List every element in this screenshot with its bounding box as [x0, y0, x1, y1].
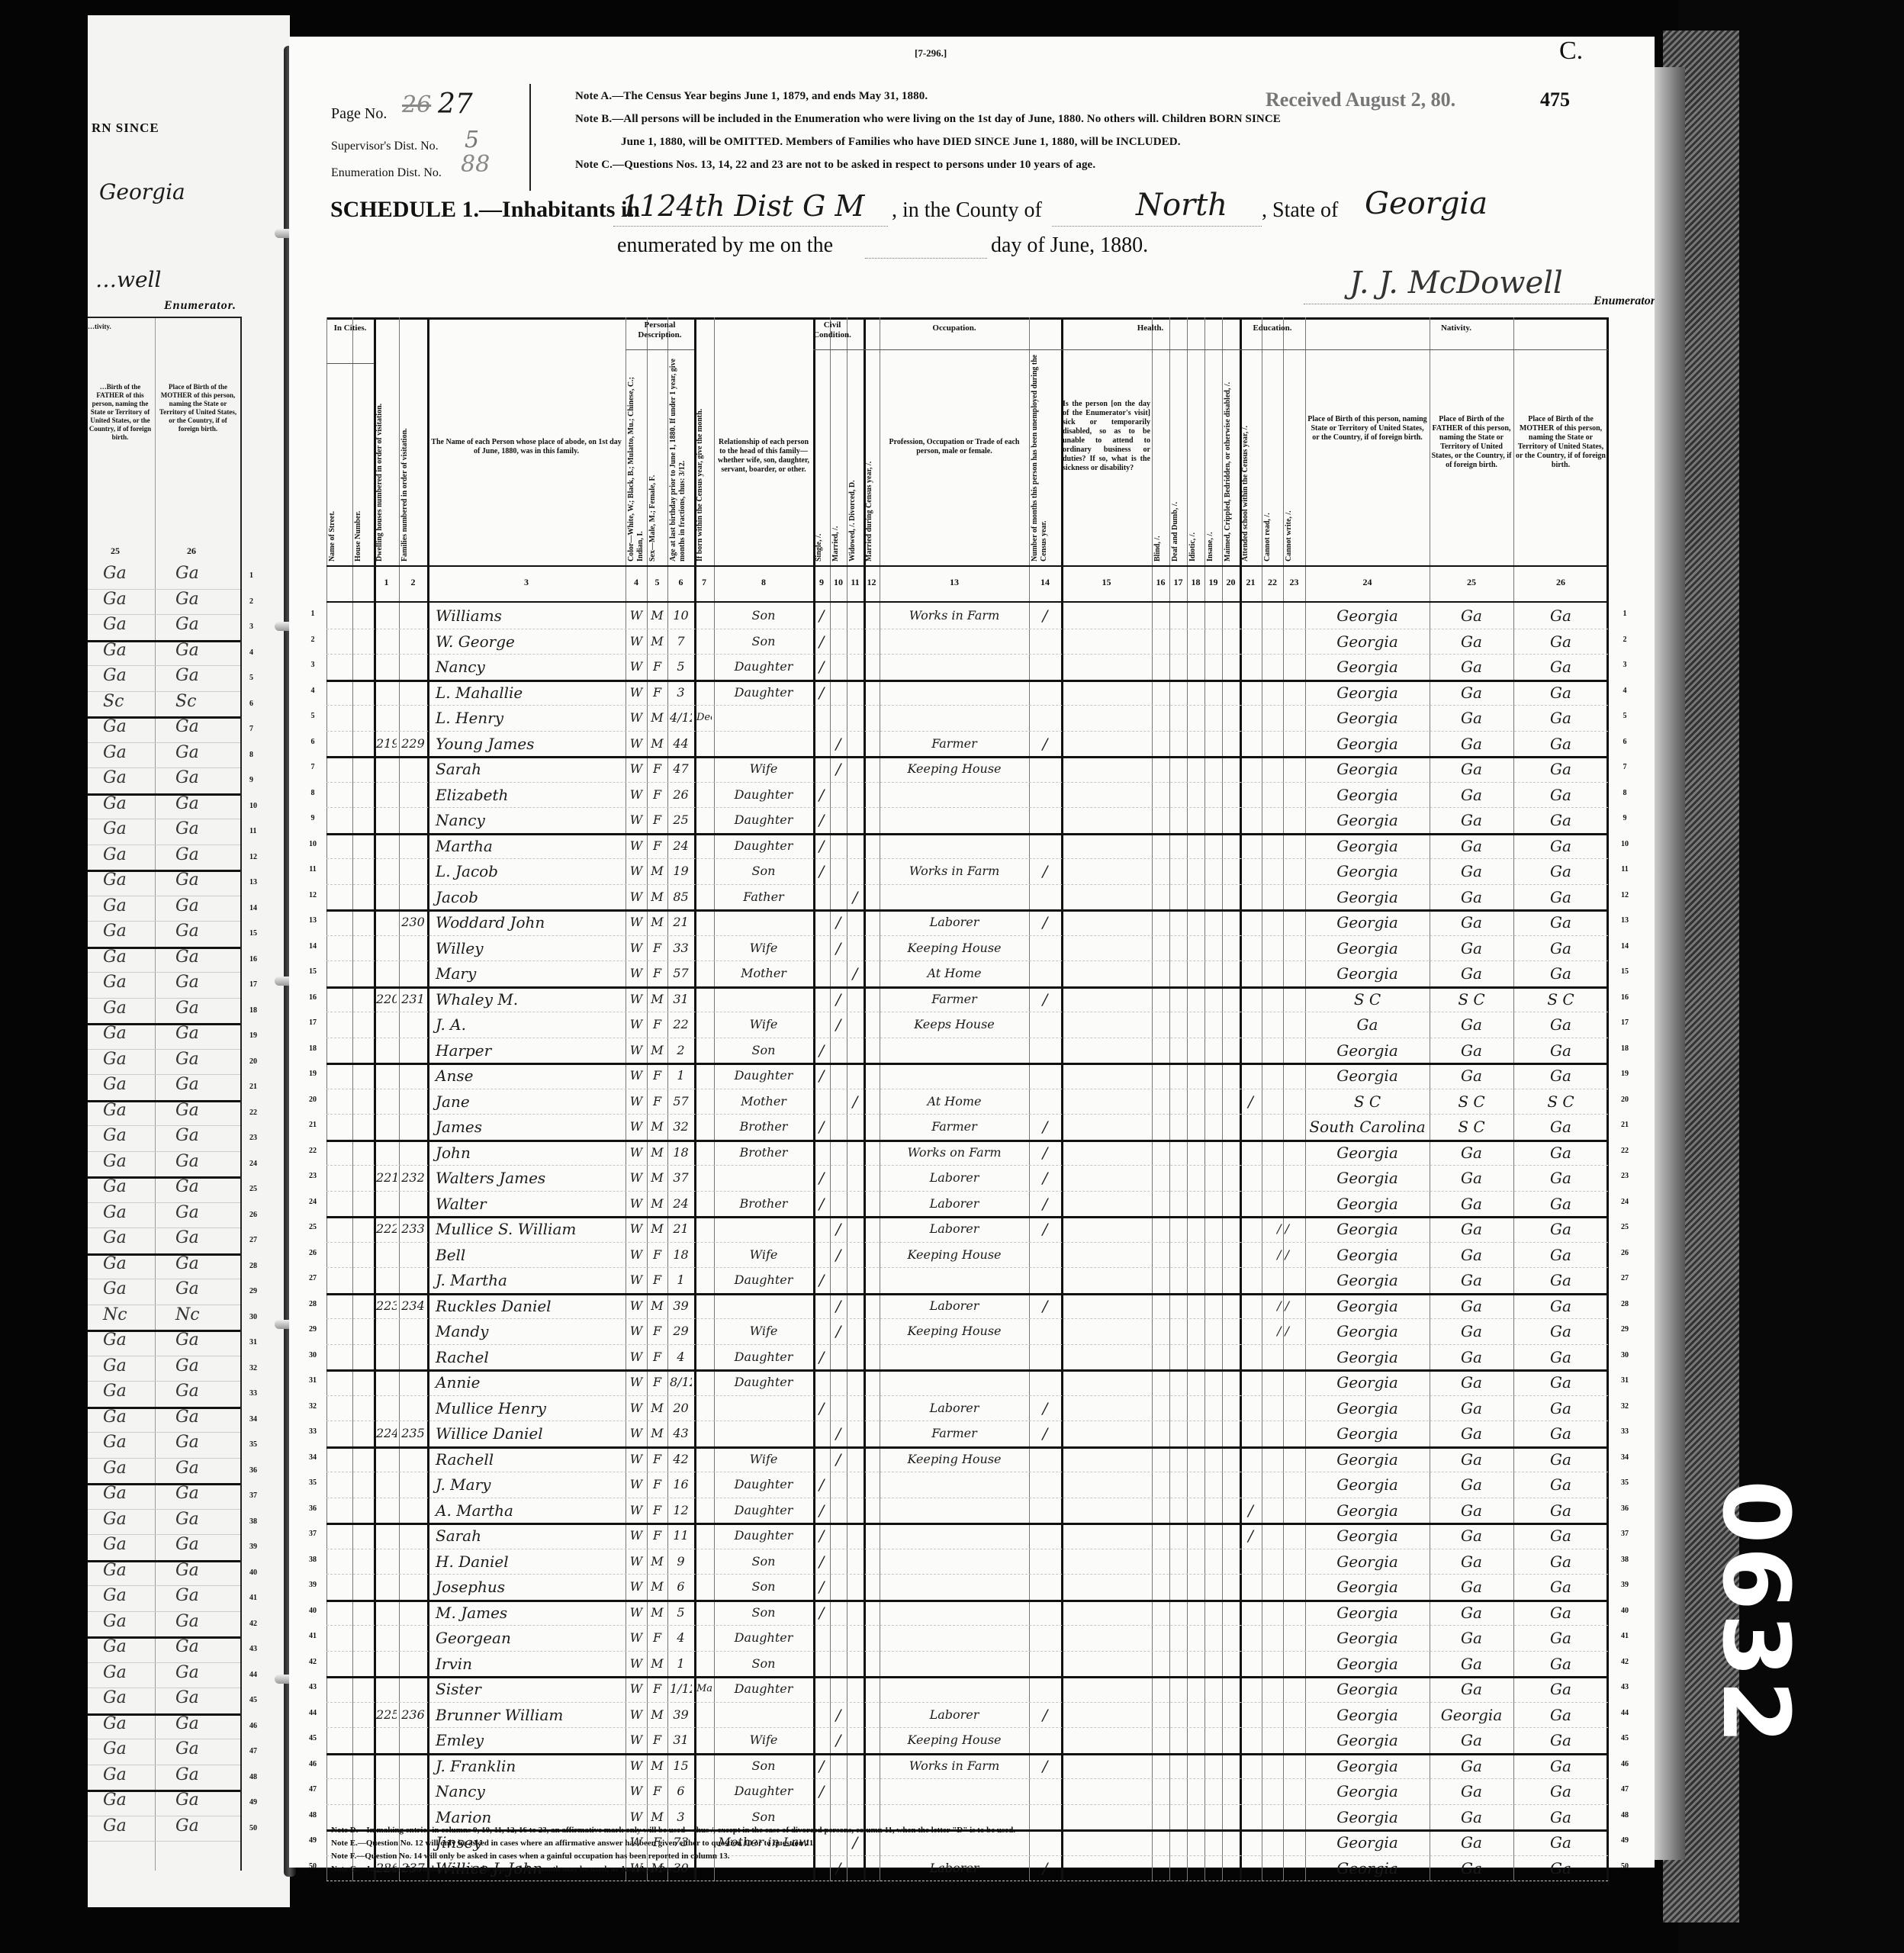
- left-mother-birthplace: Ga: [175, 1535, 199, 1554]
- row-number-right: 3: [1616, 661, 1634, 669]
- table-row[interactable]: 1414WilleyWF33Wife/Keeping HouseGeorgiaG…: [326, 936, 1608, 962]
- left-father-birthplace: Ga: [103, 768, 127, 787]
- left-mother-birthplace: Ga: [175, 1586, 199, 1605]
- table-row[interactable]: 1616220231Whaley M.WM31/Farmer/S CS CS C: [326, 987, 1608, 1013]
- table-row[interactable]: 3232Mullice HenryWM20/Laborer/GeorgiaGaG…: [326, 1396, 1608, 1422]
- color-value: W: [628, 1652, 645, 1675]
- row-number-right: 40: [1616, 1607, 1634, 1615]
- note-c: Note C.—Questions Nos. 13, 14, 22 and 23…: [575, 159, 1095, 172]
- left-mother-birthplace: Ga: [175, 1561, 199, 1580]
- relationship-value: Son: [716, 1550, 811, 1573]
- mother-birthplace-value: Ga: [1516, 1729, 1606, 1752]
- mother-birthplace-value: Ga: [1516, 809, 1606, 832]
- table-row[interactable]: 1818HarperWM2Son/GeorgiaGaGa: [326, 1038, 1608, 1064]
- married-mark: /: [832, 1320, 844, 1343]
- table-row[interactable]: 2020JaneWF57Mother/At Home/S CS CS C: [326, 1089, 1608, 1115]
- relationship-value: Brother: [716, 1192, 811, 1215]
- sex-value: F: [649, 681, 665, 704]
- sex-value: F: [649, 1346, 665, 1369]
- relationship-value: Wife: [716, 758, 811, 780]
- table-row[interactable]: 77SarahWF47Wife/Keeping HouseGeorgiaGaGa: [326, 757, 1608, 783]
- left-father-birthplace: Ga: [103, 1791, 127, 1810]
- column-header-street: Name of Street.: [328, 367, 351, 561]
- mother-birthplace-value: Ga: [1516, 758, 1606, 780]
- person-name: Georgean: [429, 1626, 629, 1649]
- table-row[interactable]: 2727J. MarthaWF1Daughter/GeorgiaGaGa: [326, 1268, 1608, 1294]
- table-row[interactable]: 3838H. DanielWM9Son/GeorgiaGaGa: [326, 1549, 1608, 1575]
- single-mark: /: [815, 1064, 828, 1087]
- left-father-birthplace: Ga: [103, 1586, 127, 1605]
- row-number-left: 32: [304, 1402, 322, 1411]
- column-header-c24: Place of Birth of this person, naming St…: [1307, 354, 1428, 539]
- group-personal-description: Personal Description.: [626, 320, 694, 340]
- occupation-value: Laborer: [882, 1704, 1027, 1726]
- left-row-number: 29: [249, 1287, 257, 1295]
- left-header-fragment: RN SINCE: [92, 121, 159, 136]
- mother-birthplace-value: Ga: [1516, 706, 1606, 729]
- left-row-number: 35: [249, 1440, 257, 1449]
- birthplace-value: Georgia: [1307, 809, 1427, 832]
- table-row[interactable]: 4040M. JamesWM5Son/GeorgiaGaGa: [326, 1601, 1608, 1626]
- table-row[interactable]: 4545EmleyWF31Wife/Keeping HouseGeorgiaGa…: [326, 1728, 1608, 1754]
- relationship-value: Daughter: [716, 1626, 811, 1649]
- relationship-value: Son: [716, 1755, 811, 1778]
- father-birthplace-value: Ga: [1432, 1064, 1511, 1087]
- row-number-right: 49: [1616, 1836, 1634, 1845]
- age-value: 31: [670, 1729, 692, 1752]
- color-value: W: [628, 1218, 645, 1240]
- left-row-number: 40: [249, 1569, 257, 1577]
- column-header-c15: Is the person [on the day of the Enumera…: [1063, 354, 1150, 523]
- left-father-birthplace: Ga: [103, 1279, 127, 1298]
- table-row[interactable]: 1515MaryWF57Mother/At HomeGeorgiaGaGa: [326, 961, 1608, 987]
- single-mark: /: [815, 1166, 828, 1189]
- table-row[interactable]: 1111L. JacobWM19Son/Works in Farm/Georgi…: [326, 859, 1608, 885]
- person-name: Sarah: [429, 758, 629, 780]
- occupation-value: Laborer: [882, 911, 1027, 934]
- table-row[interactable]: 2626BellWF18Wife/Keeping House/ /Georgia…: [326, 1243, 1608, 1269]
- birthplace-value: Georgia: [1307, 1192, 1427, 1215]
- row-number-left: 47: [304, 1785, 322, 1794]
- mother-birthplace-value: Ga: [1516, 835, 1606, 857]
- family-number: 234: [401, 1295, 425, 1318]
- left-father-birthplace: Ga: [103, 1739, 127, 1758]
- father-birthplace-value: Ga: [1432, 1806, 1511, 1829]
- row-number-left: 2: [304, 635, 322, 644]
- left-father-birthplace: Ga: [103, 1177, 127, 1196]
- table-row[interactable]: 33NancyWF5Daughter/GeorgiaGaGa: [326, 655, 1608, 680]
- table-row[interactable]: 4242IrvinWM1SonGeorgiaGaGa: [326, 1652, 1608, 1678]
- table-row[interactable]: 44L. MahallieWF3Daughter/GeorgiaGaGa: [326, 680, 1608, 706]
- table-row[interactable]: 11WilliamsWM10Son/Works in Farm/GeorgiaG…: [326, 603, 1608, 629]
- left-mother-birthplace: Ga: [175, 922, 199, 941]
- received-stamp: Received August 2, 80.: [1266, 88, 1455, 111]
- sex-value: M: [649, 1039, 665, 1062]
- father-birthplace-value: Ga: [1432, 1831, 1511, 1854]
- left-row-number: 26: [249, 1211, 257, 1219]
- row-number-right: 26: [1616, 1249, 1634, 1257]
- father-birthplace-value: Ga: [1432, 886, 1511, 909]
- left-father-birthplace: Ga: [103, 1510, 127, 1529]
- column-number: 4: [626, 577, 647, 588]
- table-row[interactable]: 2121JamesWM32Brother/Farmer/South Caroli…: [326, 1115, 1608, 1141]
- left-row-number: 36: [249, 1466, 257, 1475]
- single-mark: /: [815, 1346, 828, 1369]
- person-name: Bell: [429, 1244, 629, 1266]
- sex-value: M: [649, 1550, 665, 1573]
- table-row[interactable]: 55L. HenryWM4/12DecGeorgiaGaGa: [326, 706, 1608, 732]
- table-row[interactable]: 2222JohnWM18BrotherWorks on Farm/Georgia…: [326, 1141, 1608, 1166]
- supervisor-dist-value: 5: [465, 127, 479, 153]
- married-mark: /: [832, 1422, 844, 1445]
- table-row[interactable]: 3535J. MaryWF16Daughter/GeorgiaGaGa: [326, 1472, 1608, 1498]
- table-row[interactable]: 1212JacobWM85Father/GeorgiaGaGa: [326, 885, 1608, 911]
- table-row[interactable]: 3030RachelWF4Daughter/GeorgiaGaGa: [326, 1345, 1608, 1371]
- relationship-value: Son: [716, 1806, 811, 1829]
- birthplace-value: Georgia: [1307, 1601, 1427, 1624]
- row-number-left: 7: [304, 763, 322, 771]
- left-row-number: 48: [249, 1773, 257, 1781]
- left-mother-birthplace: Ga: [175, 1254, 199, 1273]
- table-row[interactable]: 4747NancyWF6Daughter/GeorgiaGaGa: [326, 1779, 1608, 1805]
- sex-value: M: [649, 1601, 665, 1624]
- mother-birthplace-value: Ga: [1516, 1806, 1606, 1829]
- unemployed-mark: /: [1031, 1141, 1059, 1164]
- father-birthplace-value: Ga: [1432, 1320, 1511, 1343]
- header-rule: [326, 601, 1608, 603]
- row-number-left: 41: [304, 1632, 322, 1640]
- married-mark: /: [832, 1295, 844, 1318]
- mother-birthplace-value: Ga: [1516, 1601, 1606, 1624]
- film-frame-number: 0632: [1713, 1480, 1796, 1747]
- row-number-left: 49: [304, 1836, 322, 1845]
- mother-birthplace-value: Ga: [1516, 1192, 1606, 1215]
- mother-birthplace-value: Ga: [1516, 630, 1606, 653]
- father-birthplace-value: Ga: [1432, 1244, 1511, 1266]
- left-mother-birthplace: Ga: [175, 1177, 199, 1196]
- left-row-number: 21: [249, 1083, 257, 1091]
- group-in-cities: In Cities.: [326, 323, 374, 333]
- table-row[interactable]: 3737SarahWF11Daughter//GeorgiaGaGa: [326, 1523, 1608, 1549]
- relationship-value: Daughter: [716, 1371, 811, 1394]
- table-row[interactable]: 99NancyWF25Daughter/GeorgiaGaGa: [326, 808, 1608, 834]
- age-value: 9: [670, 1550, 692, 1573]
- header-rule: [813, 349, 880, 350]
- color-value: W: [628, 1013, 645, 1036]
- age-value: 3: [670, 1806, 692, 1829]
- person-name: J. Mary: [429, 1473, 629, 1496]
- row-number-left: 16: [304, 993, 322, 1002]
- person-name: Walters James: [429, 1166, 629, 1189]
- district-brace: [529, 84, 531, 191]
- column-number: 13: [880, 577, 1029, 588]
- row-number-right: 15: [1616, 967, 1634, 976]
- mother-birthplace-value: Ga: [1516, 1013, 1606, 1036]
- dwelling-number: 222: [376, 1218, 397, 1240]
- color-value: W: [628, 1499, 645, 1522]
- unemployed-mark: /: [1031, 1218, 1059, 1240]
- color-value: W: [628, 1090, 645, 1113]
- color-value: W: [628, 1473, 645, 1496]
- occupation-value: Keeping House: [882, 937, 1027, 960]
- sex-value: M: [649, 1166, 665, 1189]
- family-number: 233: [401, 1218, 425, 1240]
- left-row-number: 15: [249, 929, 257, 938]
- unemployed-mark: /: [1031, 732, 1059, 755]
- table-row[interactable]: 1313230Woddard JohnWM21/Laborer/GeorgiaG…: [326, 910, 1608, 936]
- header-rule: [1305, 349, 1608, 350]
- mother-birthplace-value: Ga: [1516, 1857, 1606, 1880]
- relationship-value: Daughter: [716, 835, 811, 857]
- father-birthplace-value: Ga: [1432, 809, 1511, 832]
- county-line: [1052, 226, 1262, 227]
- left-row-number: 32: [249, 1364, 257, 1372]
- married-mark: /: [832, 1218, 844, 1240]
- left-mother-birthplace: Ga: [175, 1408, 199, 1427]
- birthplace-value: Georgia: [1307, 655, 1427, 678]
- widowed-mark: /: [849, 1090, 861, 1113]
- mother-birthplace-value: Ga: [1516, 962, 1606, 985]
- left-row-number: 14: [249, 904, 257, 912]
- column-number: 3: [427, 577, 626, 588]
- left-row-number: 33: [249, 1389, 257, 1398]
- table-row[interactable]: 4141GeorgeanWF4DaughterGeorgiaGaGa: [326, 1626, 1608, 1652]
- person-name: Elizabeth: [429, 783, 629, 806]
- table-row[interactable]: 3131AnnieWF8/12DaughterGeorgiaGaGa: [326, 1370, 1608, 1396]
- left-row-number: 39: [249, 1543, 257, 1551]
- table-row[interactable]: 2323221232Walters JamesWM37/Laborer/Geor…: [326, 1166, 1608, 1192]
- column-header-c2: Families numbered in order of visitation…: [400, 354, 426, 561]
- table-row[interactable]: 2424WalterWM24Brother/Laborer/GeorgiaGaG…: [326, 1192, 1608, 1218]
- left-father-birthplace: Ga: [103, 1612, 127, 1631]
- left-mother-birthplace: Ga: [175, 1637, 199, 1656]
- left-mother-birthplace: Ga: [175, 1816, 199, 1836]
- row-number-right: 33: [1616, 1427, 1634, 1436]
- birthplace-value: Ga: [1307, 1013, 1427, 1036]
- age-value: 4/12: [670, 706, 692, 729]
- color-value: W: [628, 860, 645, 883]
- cannot-read-write-mark: / /: [1264, 1218, 1302, 1240]
- left-mother-birthplace: Ga: [175, 1228, 199, 1247]
- row-number-left: 9: [304, 814, 322, 822]
- person-name: Whaley M.: [429, 988, 629, 1011]
- left-row-number: 13: [249, 878, 257, 886]
- single-mark: /: [815, 1550, 828, 1573]
- left-mother-birthplace: Ga: [175, 641, 199, 660]
- mother-birthplace-value: Ga: [1516, 937, 1606, 960]
- father-birthplace-value: Ga: [1432, 1524, 1511, 1547]
- row-number-right: 10: [1616, 840, 1634, 848]
- left-father-birthplace: Ga: [103, 717, 127, 736]
- age-value: 12: [670, 1499, 692, 1522]
- table-row[interactable]: 1919AnseWF1Daughter/GeorgiaGaGa: [326, 1063, 1608, 1089]
- birthplace-value: Georgia: [1307, 1039, 1427, 1062]
- sex-value: M: [649, 1218, 665, 1240]
- left-mother-birthplace: Ga: [175, 1075, 199, 1094]
- unemployed-mark: /: [1031, 911, 1059, 934]
- header-rule: [326, 363, 374, 364]
- group-education: Education.: [1240, 323, 1305, 333]
- left-row-number: 22: [249, 1108, 257, 1117]
- person-name: Nancy: [429, 809, 629, 832]
- day-line: [865, 258, 987, 259]
- sex-value: M: [649, 1755, 665, 1778]
- mother-birthplace-value: Ga: [1516, 1652, 1606, 1675]
- left-mother-birthplace: Ga: [175, 1612, 199, 1631]
- row-number-left: 21: [304, 1121, 322, 1129]
- group-health: Health.: [1061, 323, 1240, 333]
- occupation-value: Farmer: [882, 988, 1027, 1011]
- age-value: 5: [670, 655, 692, 678]
- school-mark: /: [1242, 1499, 1259, 1522]
- birthplace-value: Georgia: [1307, 1371, 1427, 1394]
- table-row[interactable]: 88ElizabethWF26Daughter/GeorgiaGaGa: [326, 783, 1608, 809]
- occupation-value: Keeping House: [882, 1320, 1027, 1343]
- left-father-birthplace: Ga: [103, 819, 127, 838]
- table-row[interactable]: 3434RachellWF42Wife/Keeping HouseGeorgia…: [326, 1447, 1608, 1473]
- table-row[interactable]: 4444225236Brunner WilliamWM39/Laborer/Ge…: [326, 1703, 1608, 1729]
- age-value: 57: [670, 1090, 692, 1113]
- birthplace-value: Georgia: [1307, 1499, 1427, 1522]
- person-name: Ruckles Daniel: [429, 1295, 629, 1318]
- table-row[interactable]: 66219229Young JamesWM44/Farmer/GeorgiaGa…: [326, 732, 1608, 758]
- married-mark: /: [832, 758, 844, 780]
- left-father-birthplace: Ga: [103, 1024, 127, 1043]
- unemployed-mark: /: [1031, 988, 1059, 1011]
- table-row[interactable]: 2929MandyWF29Wife/Keeping House/ /Georgi…: [326, 1319, 1608, 1345]
- left-row-number: 19: [249, 1031, 257, 1040]
- sex-value: F: [649, 1064, 665, 1087]
- left-row-number: 2: [249, 597, 253, 606]
- person-name: Harper: [429, 1039, 629, 1062]
- left-father-birthplace: Ga: [103, 1459, 127, 1478]
- occupation-value: Laborer: [882, 1397, 1027, 1420]
- dwelling-number: 224: [376, 1422, 397, 1445]
- mother-birthplace-value: Ga: [1516, 1422, 1606, 1445]
- birthplace-value: Georgia: [1307, 1652, 1427, 1675]
- person-name: Nancy: [429, 655, 629, 678]
- occupation-value: Laborer: [882, 1166, 1027, 1189]
- table-row[interactable]: 3939JosephusWM6Son/GeorgiaGaGa: [326, 1575, 1608, 1601]
- cannot-read-write-mark: / /: [1264, 1244, 1302, 1266]
- relationship-value: Son: [716, 1601, 811, 1624]
- birthplace-value: Georgia: [1307, 1422, 1427, 1445]
- column-number: 17: [1169, 577, 1187, 588]
- age-value: 39: [670, 1704, 692, 1726]
- age-value: 47: [670, 758, 692, 780]
- row-number-right: 46: [1616, 1760, 1634, 1768]
- sex-value: F: [649, 1499, 665, 1522]
- father-birthplace-value: Ga: [1432, 1295, 1511, 1318]
- relationship-value: Wife: [716, 1448, 811, 1471]
- school-mark: /: [1242, 1090, 1259, 1113]
- row-number-right: 35: [1616, 1478, 1634, 1487]
- row-number-left: 30: [304, 1351, 322, 1359]
- unemployed-mark: /: [1031, 1192, 1059, 1215]
- table-row[interactable]: 3636A. MarthaWF12Daughter//GeorgiaGaGa: [326, 1498, 1608, 1524]
- sex-value: M: [649, 630, 665, 653]
- row-number-left: 44: [304, 1709, 322, 1717]
- column-header-c8: Relationship of each person to the head …: [716, 354, 812, 561]
- color-value: W: [628, 1269, 645, 1292]
- sex-value: F: [649, 1678, 665, 1700]
- father-birthplace-value: Ga: [1432, 706, 1511, 729]
- sex-value: M: [649, 988, 665, 1011]
- left-page-table: …tivity. …Birth of the FATHER of this pe…: [88, 317, 242, 1871]
- table-row[interactable]: 1717J. A.WF22Wife/Keeps HouseGaGaGa: [326, 1012, 1608, 1038]
- birthplace-value: Georgia: [1307, 1575, 1427, 1598]
- row-number-right: 16: [1616, 993, 1634, 1002]
- age-value: 21: [670, 1218, 692, 1240]
- widowed-mark: /: [849, 962, 861, 985]
- family-number: 229: [401, 732, 425, 755]
- row-number-left: 3: [304, 661, 322, 669]
- left-mother-birthplace: Ga: [175, 1101, 199, 1120]
- father-birthplace-value: Ga: [1432, 655, 1511, 678]
- family-number: 230: [401, 911, 425, 934]
- row-number-left: 40: [304, 1607, 322, 1615]
- person-name: Rachel: [429, 1346, 629, 1369]
- column-header-c7: If born within the Census year, give the…: [696, 354, 712, 561]
- table-row[interactable]: 1010MarthaWF24Daughter/GeorgiaGaGa: [326, 834, 1608, 860]
- footnote-g: Note G.—In column 7 an abbreviation in t…: [331, 1865, 675, 1874]
- sex-value: F: [649, 1013, 665, 1036]
- left-father-birthplace: Ga: [103, 1663, 127, 1682]
- row-number-left: 37: [304, 1530, 322, 1538]
- enumerator-label: Enumerator.: [1594, 294, 1658, 308]
- table-row[interactable]: 3333224235Willice DanielWM43/Farmer/Geor…: [326, 1421, 1608, 1447]
- left-mother-birthplace: Ga: [175, 1356, 199, 1375]
- column-header-c22: Cannot read, /.: [1263, 354, 1282, 561]
- row-number-left: 5: [304, 712, 322, 720]
- table-row[interactable]: 22W. GeorgeWM7Son/GeorgiaGaGa: [326, 629, 1608, 655]
- row-number-right: 36: [1616, 1504, 1634, 1513]
- father-birthplace-value: Ga: [1432, 1499, 1511, 1522]
- sex-value: F: [649, 962, 665, 985]
- row-number-right: 13: [1616, 916, 1634, 925]
- left-mother-birthplace: Ga: [175, 666, 199, 685]
- left-father-birthplace: Ga: [103, 845, 127, 864]
- table-row[interactable]: 2525222233Mullice S. WilliamWM21/Laborer…: [326, 1217, 1608, 1243]
- sex-value: F: [649, 1269, 665, 1292]
- left-father-birthplace: Ga: [103, 948, 127, 967]
- left-mother-birthplace: Ga: [175, 1050, 199, 1069]
- left-mother-birthplace: Ga: [175, 1484, 199, 1503]
- person-name: M. James: [429, 1601, 629, 1624]
- table-row[interactable]: 4646J. FranklinWM15Son/Works in Farm/Geo…: [326, 1754, 1608, 1780]
- table-row[interactable]: 4343SisterWF1/12MayDaughterGeorgiaGaGa: [326, 1677, 1608, 1703]
- left-mother-birthplace: Ga: [175, 717, 199, 736]
- color-value: W: [628, 1141, 645, 1164]
- father-birthplace-value: Ga: [1432, 1371, 1511, 1394]
- row-number-right: 4: [1616, 687, 1634, 695]
- column-number: 2: [399, 577, 427, 588]
- row-number-right: 25: [1616, 1223, 1634, 1231]
- unemployed-mark: /: [1031, 1397, 1059, 1420]
- left-mother-birthplace: Ga: [175, 615, 199, 634]
- relationship-value: Wife: [716, 1013, 811, 1036]
- left-row-number: 34: [249, 1415, 257, 1424]
- footnote-d: Note D.—In making entries in columns 9, …: [331, 1826, 1015, 1835]
- sex-value: M: [649, 1652, 665, 1675]
- left-father-birthplace: Ga: [103, 743, 127, 762]
- footnote-f: Note F.—Question No. 14 will only be ask…: [331, 1852, 730, 1861]
- table-row[interactable]: 2828223234Ruckles DanielWM39/Laborer// /…: [326, 1294, 1608, 1320]
- row-number-left: 36: [304, 1504, 322, 1513]
- left-father-birthplace: Ga: [103, 641, 127, 660]
- relationship-value: Daughter: [716, 809, 811, 832]
- left-father-birthplace: Ga: [103, 1714, 127, 1733]
